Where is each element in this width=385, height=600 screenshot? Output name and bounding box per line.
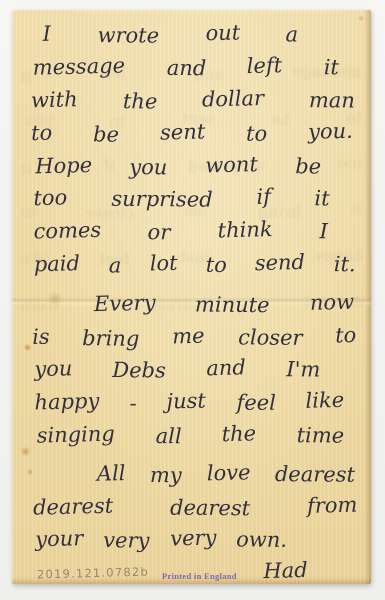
age-stain [358,16,364,21]
letter-line: paidalottosendit. [32,247,356,281]
letter-line: happy-justfeellike [32,385,356,419]
letter-line: messageandleftit [31,50,355,84]
letter-line: Everyminutenow [32,287,356,321]
catalog-number: 2019.121.0782b [37,565,149,582]
letter-line: youDebsandI'm [32,352,356,386]
printed-in-england-stamp: Printed in England [162,571,237,581]
letter-line: tobesenttoyou. [31,116,355,150]
letter-page: messageandleftit tobesenttoyou. toosurpr… [12,10,371,584]
photo-background: messageandleftit tobesenttoyou. toosurpr… [0,0,385,600]
age-stain [23,344,32,351]
letter-line: isbringmecloserto [32,319,356,353]
age-stain [20,447,31,456]
letter-line: toosurprisedifit [31,181,355,215]
letter-line: Allmylovedearest [33,457,357,491]
letter-body: Iwroteouta messageandleftit withthedolla… [31,17,358,589]
letter-line: Hopeyouwontbe [31,148,355,182]
letter-line: withthedollarman [31,83,355,117]
letter-line: yourveryveryown. [33,522,357,556]
letter-line: Iwroteouta [31,17,355,51]
letter-line: dearestdearestfrom [33,489,357,523]
letter-line: singingallthetime [33,418,357,452]
letter-line: comesorthinkI [32,214,356,248]
